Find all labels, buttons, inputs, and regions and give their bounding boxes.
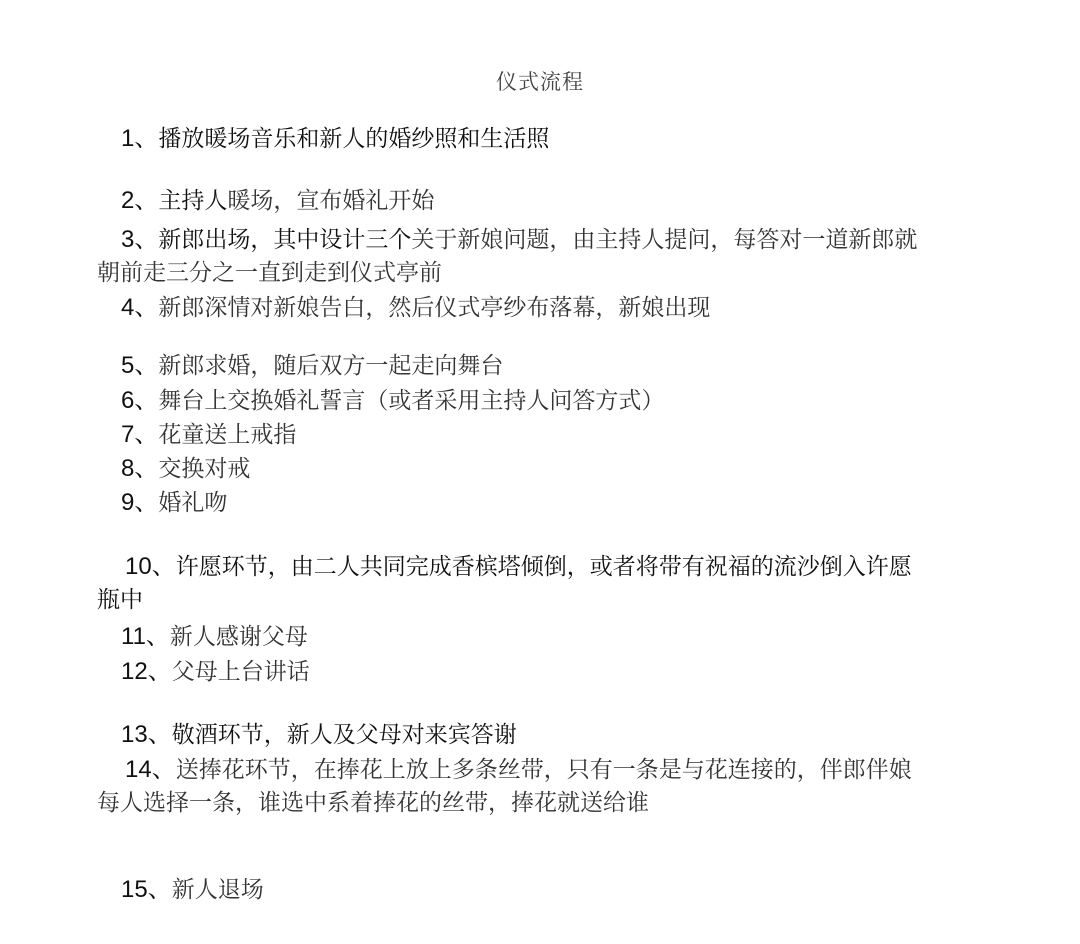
item-number: 13、 xyxy=(121,721,172,748)
item-number: 10、 xyxy=(125,553,176,580)
item-text-bold: 许愿环节，由二人共同完成香槟塔倾倒，或者将带有祝福的流沙倒入许愿瓶中 xyxy=(97,554,912,613)
item-number: 12、 xyxy=(121,658,172,685)
item-text: 交换对戒 xyxy=(158,456,250,482)
item-number: 6、 xyxy=(121,387,158,414)
item-text: 花童送上戒指 xyxy=(158,422,296,448)
item-text-bold: 播放暖场音乐和新人的婚纱照和生活照 xyxy=(158,126,549,152)
item-number: 2、 xyxy=(121,187,158,214)
list-item-6: 6、舞台上交换婚礼誓言（或者采用主持人问答方式） xyxy=(97,384,922,418)
list-item-12: 12、父母上台讲话 xyxy=(97,655,922,689)
item-text-bold: 主持人 xyxy=(158,188,227,214)
item-number: 14、 xyxy=(125,756,176,783)
item-text: 父母上台讲话 xyxy=(172,659,310,685)
item-number: 11、 xyxy=(121,623,170,650)
list-item-3: 3、新郎出场，其中设计三个关于新娘问题，由主持人提问，每答对一道新郎就朝前走三分… xyxy=(97,223,922,290)
item-text: 新人退场 xyxy=(172,877,264,903)
list-item-1: 1、播放暖场音乐和新人的婚纱照和生活照 xyxy=(97,122,922,156)
item-text: 舞台上交换婚礼誓言（或者采用主持人问答方式） xyxy=(158,388,664,414)
list-item-8: 8、交换对戒 xyxy=(97,452,922,486)
item-number: 7、 xyxy=(121,421,158,448)
item-text-bold: 新郎出场，其中设计三个 xyxy=(158,227,411,253)
list-item-15: 15、新人退场 xyxy=(97,873,922,907)
item-text-bold: 敬酒环节，新人及父母对来宾答谢 xyxy=(172,722,517,748)
document-title: 仪式流程 xyxy=(0,66,1080,96)
list-item-10: 10、许愿环节，由二人共同完成香槟塔倾倒，或者将带有祝福的流沙倒入许愿瓶中 xyxy=(97,550,922,617)
item-number: 15、 xyxy=(121,876,172,903)
item-number: 4、 xyxy=(121,294,158,321)
item-text: 新人感谢父母 xyxy=(170,624,308,650)
list-item-11: 11、新人感谢父母 xyxy=(97,620,922,654)
list-item-5: 5、新郎求婚，随后双方一起走向舞台 xyxy=(97,349,922,383)
item-text: 新郎深情对新娘告白，然后仪式亭纱布落幕，新娘出现 xyxy=(158,295,710,321)
item-text: 送捧花环节，在捧花上放上多条丝带，只有一条是与花连接的，伴郎伴娘每人选择一条，谁… xyxy=(97,757,912,816)
item-text: 暖场，宣布婚礼开始 xyxy=(227,188,434,214)
item-text: 婚礼吻 xyxy=(158,490,227,516)
list-item-2: 2、主持人暖场，宣布婚礼开始 xyxy=(97,184,922,218)
item-number: 9、 xyxy=(121,489,158,516)
item-number: 3、 xyxy=(121,226,158,253)
item-number: 1、 xyxy=(121,125,158,152)
list-item-14: 14、送捧花环节，在捧花上放上多条丝带，只有一条是与花连接的，伴郎伴娘每人选择一… xyxy=(97,753,922,820)
list-item-9: 9、婚礼吻 xyxy=(97,486,922,520)
item-text: 新郎求婚，随后双方一起走向舞台 xyxy=(158,353,503,379)
list-item-13: 13、敬酒环节，新人及父母对来宾答谢 xyxy=(97,718,922,752)
list-item-7: 7、花童送上戒指 xyxy=(97,418,922,452)
item-number: 5、 xyxy=(121,352,158,379)
list-item-4: 4、新郎深情对新娘告白，然后仪式亭纱布落幕，新娘出现 xyxy=(97,291,922,325)
item-number: 8、 xyxy=(121,455,158,482)
